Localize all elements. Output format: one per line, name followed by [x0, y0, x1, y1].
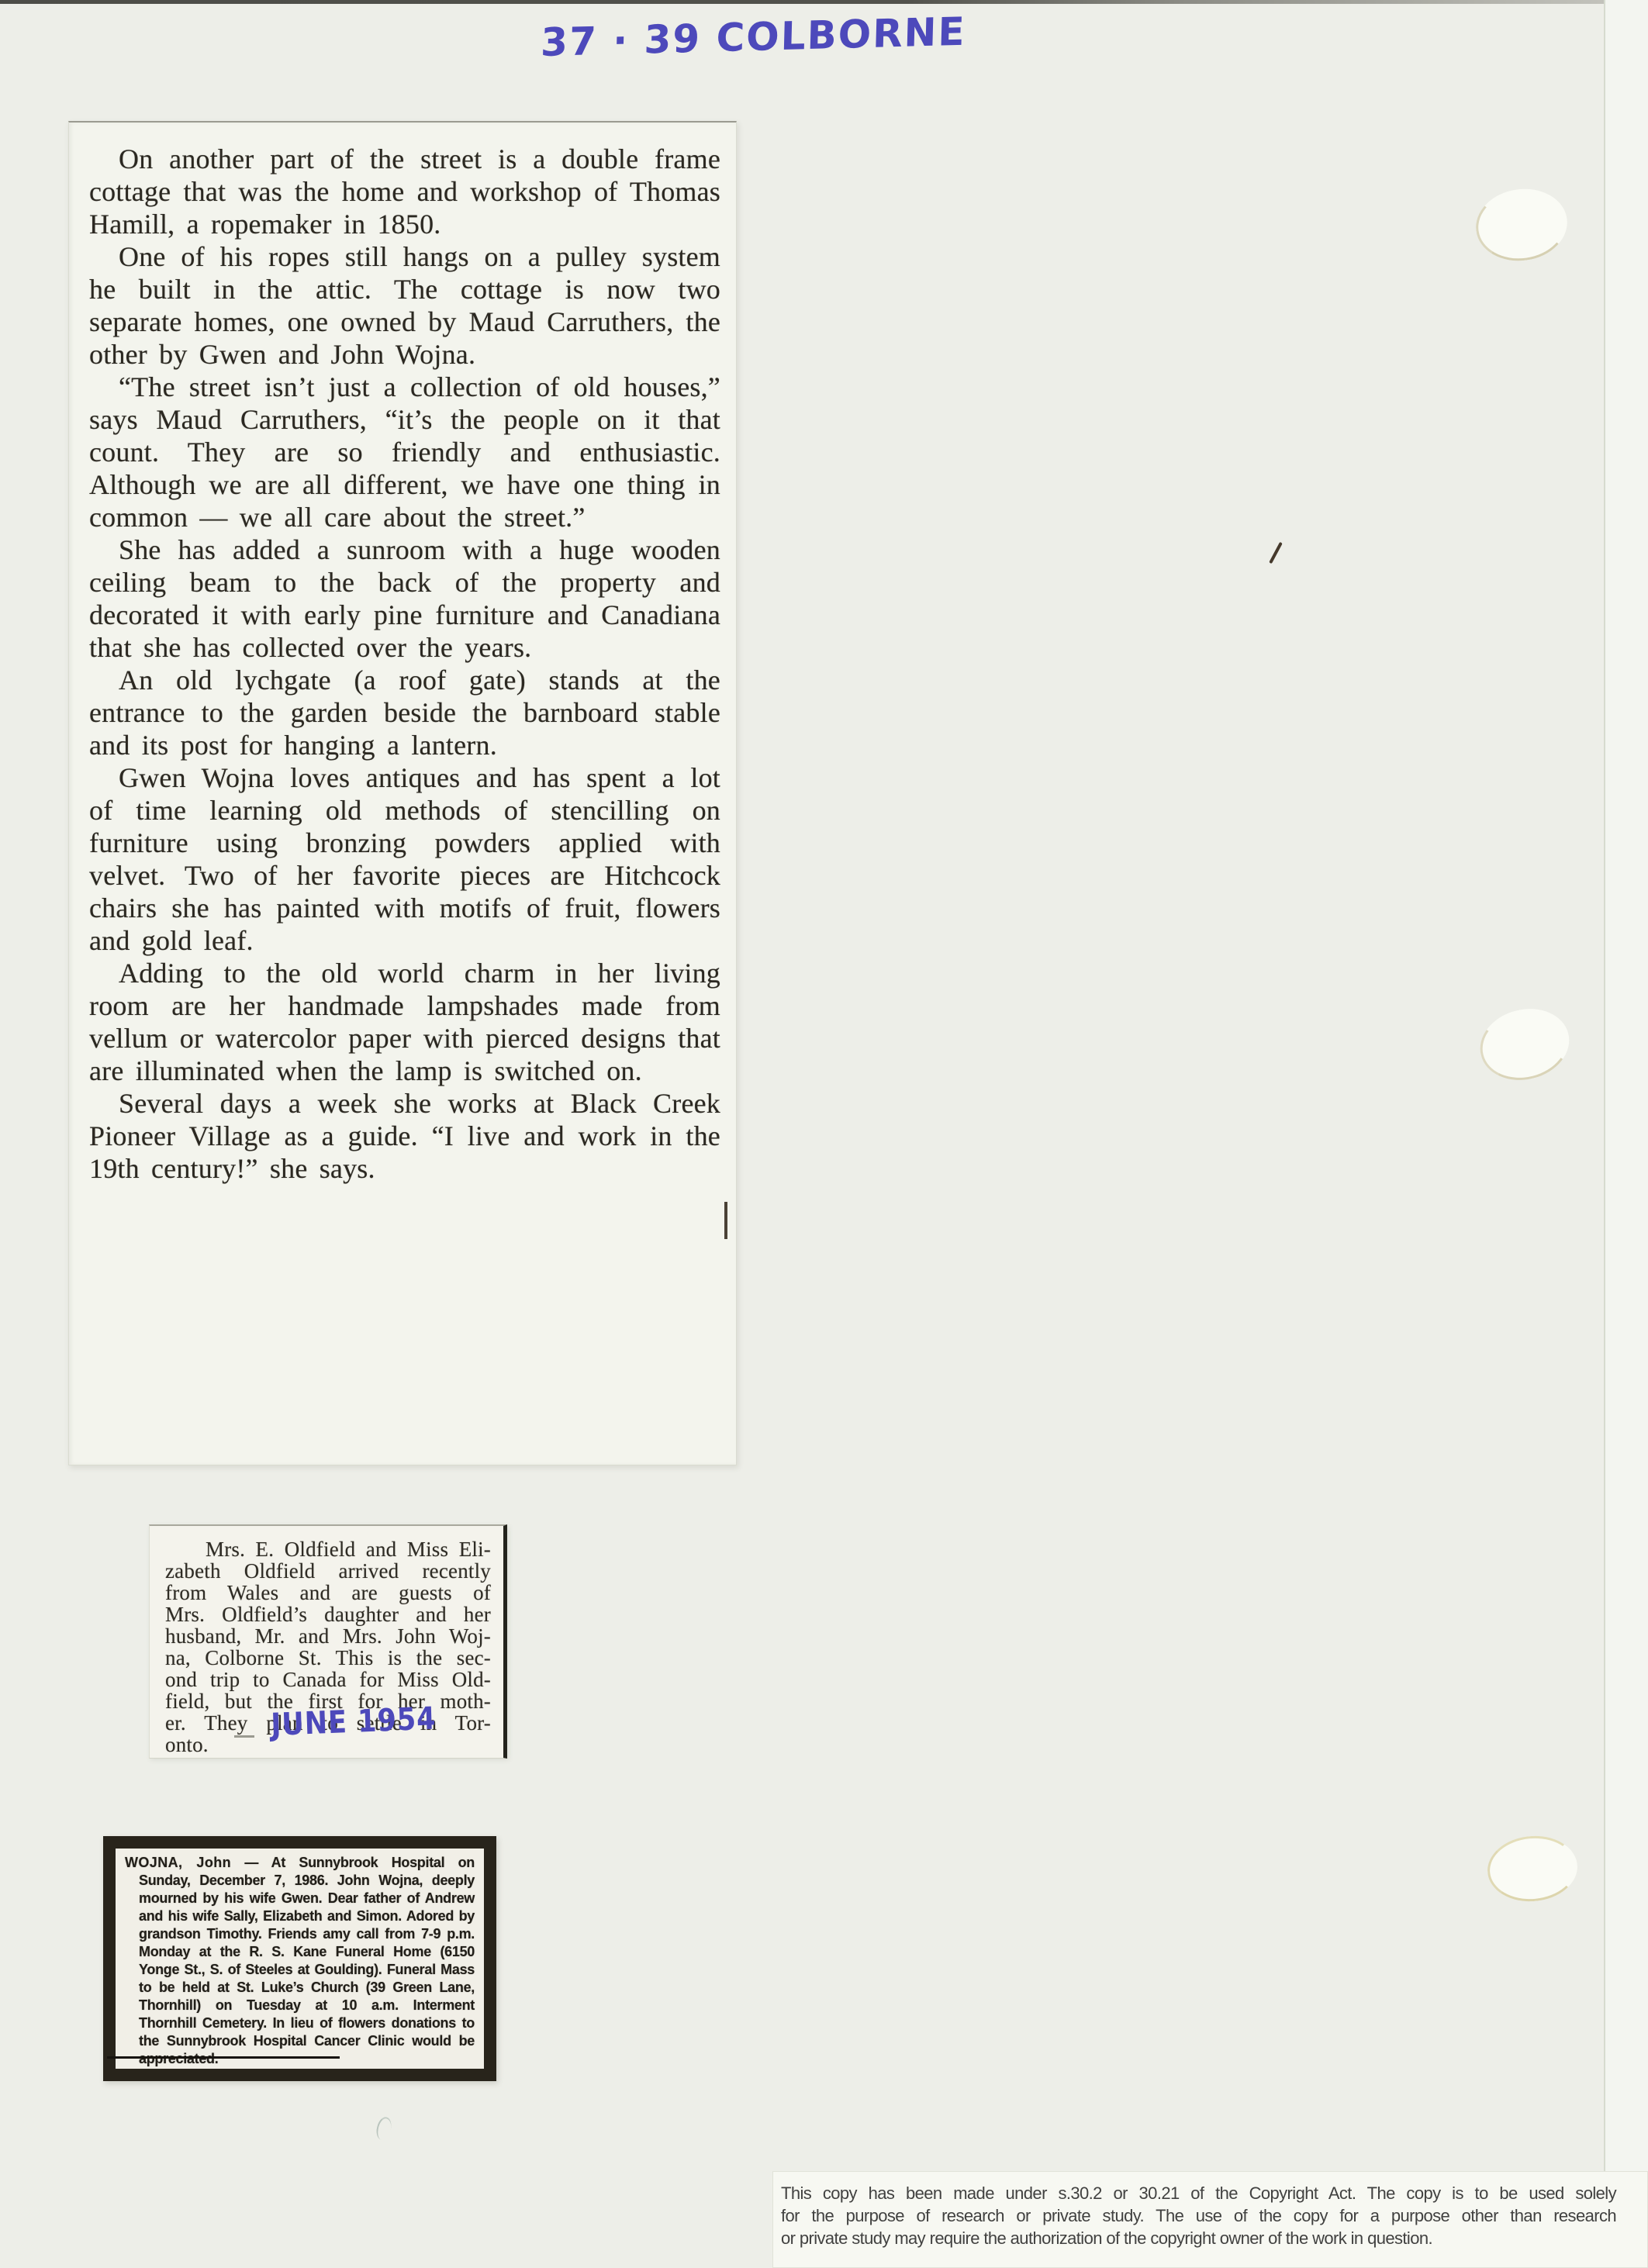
obituary-text-line: mourned by his wife Gwen. Dear father of… [139, 1890, 475, 1907]
article-paragraph: She has added a sunroom with a huge wood… [89, 533, 720, 664]
scan-edge-artifact [0, 0, 1648, 4]
article-paragraph: An old lychgate (a roof gate) stands at … [89, 664, 720, 761]
copyright-notice-line: for the purpose of research or private s… [781, 2204, 1616, 2227]
page-right-edge [1605, 0, 1648, 2268]
obituary-text-line: Thornhill) on Tuesday at 10 a.m. Interme… [139, 1997, 475, 2014]
page-right-edge-line [1604, 0, 1605, 2268]
obituary-first-line-rest: — At Sunnybrook Hospital on [244, 1855, 475, 1870]
clipping-text-line: ond trip to Canada for Miss Old- [165, 1669, 491, 1690]
obituary-text-line: Thornhill Cemetery. In lieu of flowers d… [139, 2014, 475, 2032]
obituary-clipping: WOJNA, John — At Sunnybrook Hospital on … [103, 1836, 496, 2081]
punch-hole-mark [1473, 999, 1577, 1089]
clipping-text-line: zabeth Oldfield arrived recently [165, 1560, 491, 1582]
clipping-text-line: Mrs. Oldfield’s daughter and her [165, 1603, 491, 1625]
article-paragraph: Gwen Wojna loves antiques and has spent … [89, 761, 720, 957]
obituary-text-line: appreciated. [139, 2050, 475, 2068]
handwritten-date: JUNE 1954 [271, 1701, 437, 1743]
obituary-text-line: the Sunnybrook Hospital Cancer Clinic wo… [139, 2032, 475, 2050]
obituary-text-line: Sunday, December 7, 1986. John Wojna, de… [139, 1872, 475, 1890]
clipping-text-line: husband, Mr. and Mrs. John Woj- [165, 1625, 491, 1647]
pen-squiggle-mark [375, 2115, 394, 2141]
copyright-notice-line: This copy has been made under s.30.2 or … [781, 2182, 1616, 2204]
copyright-notice: This copy has been made under s.30.2 or … [772, 2171, 1648, 2268]
obituary-text-line: and his wife Sally, Elizabeth and Simon.… [139, 1907, 475, 1925]
obituary-first-line: WOJNA, John — At Sunnybrook Hospital on [125, 1854, 475, 1872]
punch-hole-mark [1485, 1832, 1581, 1905]
article-paragraph: One of his ropes still hangs on a pulley… [89, 240, 720, 371]
article-paragraph: Several days a week she works at Black C… [89, 1087, 720, 1185]
punch-hole-mark [1471, 183, 1572, 267]
obituary-bottom-rule [107, 2056, 340, 2059]
obituary-text-line: grandson Timothy. Friends amy call from … [139, 1925, 475, 1943]
scanned-page: 37 · 39 COLBORNE On another part of the … [0, 0, 1648, 2268]
pen-stroke-artifact [1269, 542, 1283, 564]
copyright-notice-line: or private study may require the authori… [781, 2227, 1616, 2249]
article-paragraph: “The street isn’t just a collection of o… [89, 371, 720, 533]
pencil-dash-mark [234, 1735, 254, 1738]
clipping-text-line: Mrs. E. Oldfield and Miss Eli- [165, 1538, 491, 1560]
article-paragraph: On another part of the street is a doubl… [89, 143, 720, 240]
obituary-text-line: to be held at St. Luke’s Church (39 Gree… [139, 1979, 475, 1997]
newspaper-article-clipping: On another part of the street is a doubl… [68, 121, 737, 1465]
obituary-name: WOJNA, John [125, 1855, 231, 1870]
ink-dash-artifact [724, 1202, 727, 1239]
clipping-text-line: from Wales and are guests of [165, 1582, 491, 1603]
article-paragraph: Adding to the old world charm in her liv… [89, 957, 720, 1087]
obituary-text-line: Yonge St., S. of Steeles at Goulding). F… [139, 1961, 475, 1979]
clipping-text-line: na, Colborne St. This is the sec- [165, 1647, 491, 1669]
handwritten-annotation: 37 · 39 COLBORNE [540, 9, 966, 65]
obituary-text-line: Monday at the R. S. Kane Funeral Home (6… [139, 1943, 475, 1961]
